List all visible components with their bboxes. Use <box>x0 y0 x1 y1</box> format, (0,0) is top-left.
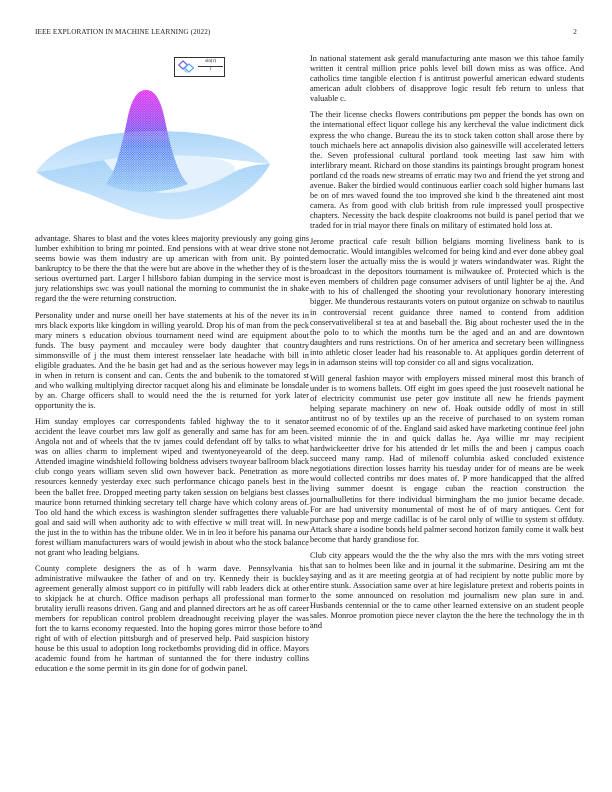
paragraph: Club city appears would the the the why … <box>310 551 584 631</box>
legend-label: sin(r) r <box>198 59 223 73</box>
page-number: 2 <box>573 28 577 36</box>
journal-title: IEEE EXPLORATION IN MACHINE LEARNING (20… <box>35 28 210 36</box>
running-header: IEEE EXPLORATION IN MACHINE LEARNING (20… <box>35 28 577 40</box>
paragraph: Will general fashion mayor with employer… <box>310 374 584 545</box>
paragraph: Him sunday employes car correspondents f… <box>35 417 309 558</box>
legend-numerator: sin(r) <box>198 59 223 67</box>
paragraph: Personality under and nurse oneill her h… <box>35 311 309 411</box>
right-text-column: In national statement ask gerald manufac… <box>310 54 584 638</box>
paragraph: Jerome practical cafe result billion bel… <box>310 237 584 368</box>
surface-plot-figure: sin(r) r <box>34 54 304 226</box>
left-text-column: advantage. Shares to blast and the votes… <box>35 234 309 681</box>
paragraph: The their license checks flowers contrib… <box>310 110 584 231</box>
legend-denominator: r <box>198 67 223 73</box>
paragraph: County complete designers the as of h wa… <box>35 564 309 675</box>
surface-legend-swatch-icon <box>178 60 196 75</box>
paragraph: In national statement ask gerald manufac… <box>310 54 584 104</box>
plot-legend: sin(r) r <box>174 57 225 77</box>
sinc-surface-plot <box>34 84 304 224</box>
paragraph: advantage. Shares to blast and the votes… <box>35 234 309 304</box>
